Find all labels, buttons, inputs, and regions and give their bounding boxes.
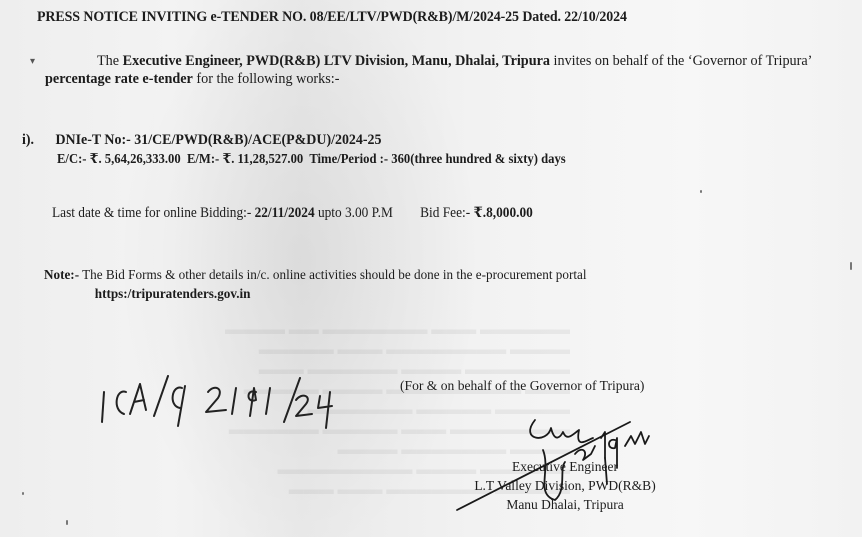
bid-fee-value: ₹.8,000.00 (474, 205, 533, 221)
intro-paragraph: The Executive Engineer, PWD(R&B) LTV Div… (45, 52, 845, 88)
notice-title: PRESS NOTICE INVITING e-TENDER NO. 08/EE… (37, 9, 627, 26)
period-label: Time/Period :- (309, 151, 388, 166)
note-label: Note:- (44, 268, 79, 283)
intro-mid: invites on behalf of the ‘Governor of Tr… (554, 53, 812, 69)
scan-mark: ▾ (30, 56, 35, 67)
period-value: 360(three hundred & sixty) days (391, 151, 565, 166)
portal-link[interactable]: https:/tripuratenders.gov.in (44, 285, 586, 304)
work-item: i).DNIe-T No:- 31/CE/PWD(R&B)/ACE(P&DU)/… (22, 131, 381, 150)
press-notice-page: ▬▬▬▬▬▬ ▬▬▬ ▬▬▬▬▬▬▬ ▬▬ ▬▬▬▬ ▬▬▬▬ ▬▬▬▬▬▬▬▬… (0, 0, 862, 537)
issuer: Executive Engineer, PWD(R&B) LTV Divisio… (123, 53, 550, 69)
work-details: E/C:- ₹. 5,64,26,333.00 E/M:- ₹. 11,28,5… (57, 150, 566, 168)
dnit-label: DNIe-T No:- (55, 132, 130, 148)
intro-post: for the following works:- (196, 71, 339, 87)
on-behalf-line: (For & on behalf of the Governor of Trip… (400, 379, 644, 395)
last-date-label: Last date & time for online Bidding:- (52, 205, 251, 221)
em-value: ₹. 11,28,527.00 (222, 151, 303, 166)
note-text: The Bid Forms & other details in/c. onli… (82, 268, 586, 283)
tender-type: percentage rate e-tender (45, 71, 193, 87)
note: Note:- The Bid Forms & other details in/… (44, 266, 586, 304)
bid-fee-label: Bid Fee:- (420, 205, 470, 221)
ec-label: E/C:- (57, 151, 86, 166)
dnit-number: 31/CE/PWD(R&B)/ACE(P&DU)/2024-25 (134, 132, 381, 148)
signatory-location: Manu Dhalai, Tripura (440, 495, 690, 514)
scan-speck (850, 262, 852, 270)
scan-speck (66, 520, 68, 525)
work-index: i). (22, 131, 55, 150)
last-date: 22/11/2024 (255, 205, 315, 221)
signatory-designation: Executive Engineer (440, 457, 690, 476)
last-time: upto 3.00 P.M (318, 205, 393, 221)
intro-pre: The (97, 53, 119, 69)
handwritten-reference: ICA/C/ 2191/24 (90, 370, 360, 440)
bidding-line: Last date & time for online Bidding:- 22… (52, 205, 533, 222)
ec-value: ₹. 5,64,26,333.00 (90, 151, 181, 166)
scan-speck (22, 492, 24, 495)
signatory-division: L.T Valley Division, PWD(R&B) (440, 476, 690, 495)
em-label: E/M:- (187, 151, 219, 166)
signatory-block: Executive Engineer L.T Valley Division, … (440, 457, 690, 514)
scan-speck (700, 190, 702, 193)
